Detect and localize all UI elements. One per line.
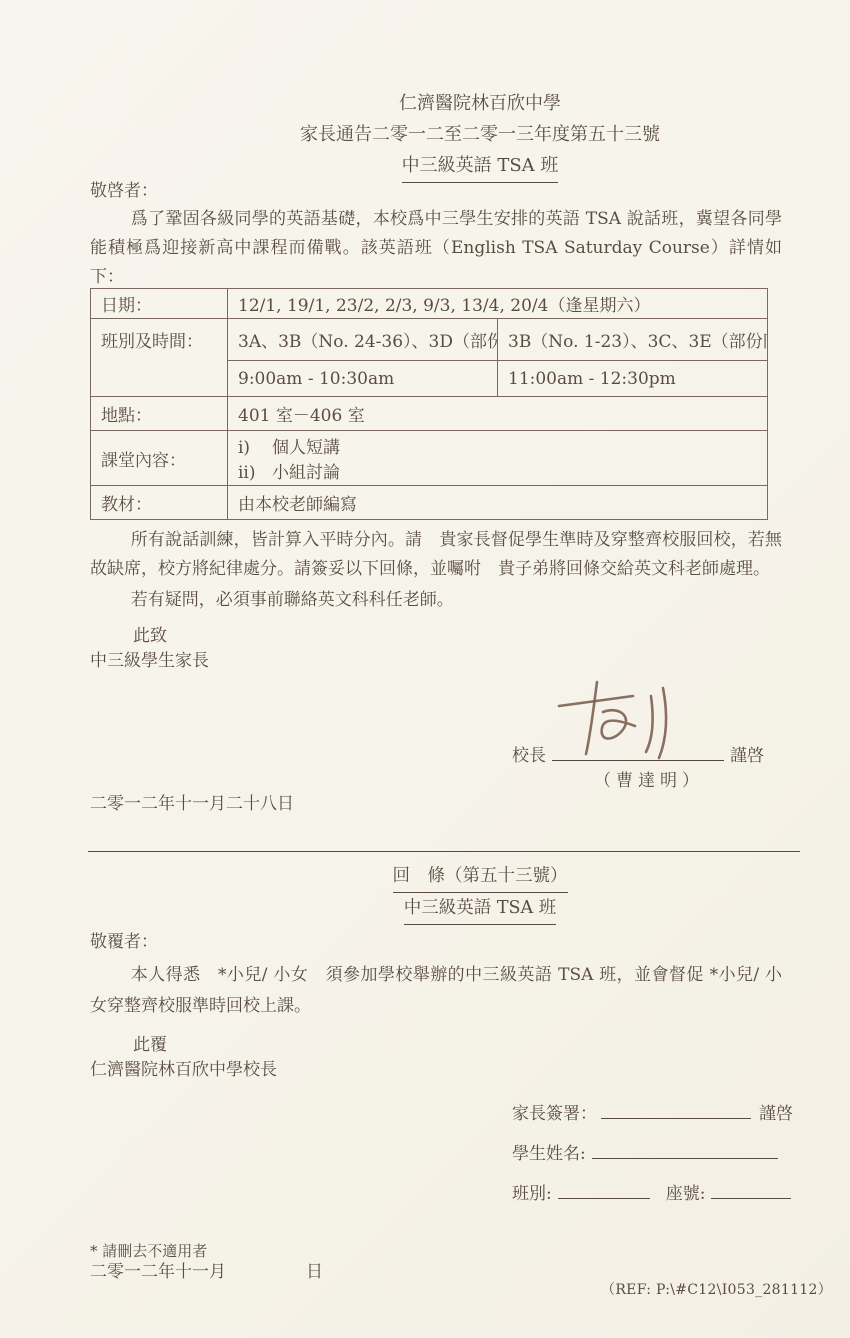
seat-no-blank [711, 1181, 791, 1199]
class-blank [558, 1181, 650, 1199]
student-name-blank [592, 1141, 778, 1159]
class-seat-row: 班別:座號: [512, 1180, 791, 1209]
reply-salutation: 敬覆者： [90, 928, 158, 957]
content-item-2: ii)小組討論 [238, 458, 757, 483]
signature-line [552, 743, 724, 761]
reply-slip-title: 回 條（第五十三號） [393, 861, 568, 893]
school-name: 仁濟醫院林百欣中學 [110, 88, 850, 119]
principal-title-label: 校長 [512, 746, 546, 766]
student-name-label: 學生姓名: [512, 1144, 586, 1164]
parent-sign-blank [601, 1101, 751, 1119]
parent-sign-label: 家長簽署： [512, 1104, 597, 1124]
material-value-cell: 由本校老師編寫 [228, 486, 768, 520]
notice-number: 家長通告二零一二至二零一三年度第五十三號 [110, 119, 850, 150]
file-reference: （REF: P:\#C12\I053_281112） [601, 1276, 832, 1305]
class-label: 班別: [512, 1184, 552, 1204]
reply-slip-head: 回 條（第五十三號） 中三級英語 TSA 班 [110, 861, 850, 925]
class-time-label-cell: 班別及時間： [91, 319, 228, 397]
scanned-parent-notice: 仁濟醫院林百欣中學 家長通告二零一二至二零一三年度第五十三號 中三級英語 TSA… [0, 0, 850, 1338]
material-label-cell: 教材： [91, 486, 228, 520]
venue-value-cell: 401 室－406 室 [228, 397, 768, 431]
group1-classes-cell: 3A、3B（No. 24-36）、3D（部份同學） [228, 319, 498, 361]
date-value-cell: 12/1, 19/1, 23/2, 2/3, 9/3, 13/4, 20/4（逢… [228, 289, 768, 319]
reply-slip-subject: 中三級英語 TSA 班 [404, 893, 556, 925]
parent-signature-row: 家長簽署：謹啓 [512, 1100, 793, 1129]
course-details-table: 日期： 12/1, 19/1, 23/2, 2/3, 9/3, 13/4, 20… [90, 288, 768, 520]
content-label-cell: 課堂內容： [91, 431, 228, 486]
group1-time-cell: 9:00am - 10:30am [228, 361, 498, 397]
signature-closing: 謹啓 [730, 746, 764, 766]
reply-date-day-suffix: 日 [306, 1262, 323, 1282]
seat-no-label: 座號: [666, 1184, 706, 1204]
tear-off-separator [88, 851, 800, 852]
venue-label-cell: 地點： [91, 397, 228, 431]
parent-sign-closing: 謹啓 [759, 1104, 793, 1124]
reply-body: 本人得悉 *小兒/ 小女 須參加學校舉辦的中三級英語 TSA 班，並會督促 *小… [90, 960, 782, 1022]
salutation: 敬啓者： [90, 177, 158, 206]
letter-head: 仁濟醫院林百欣中學 家長通告二零一二至二零一三年度第五十三號 中三級英語 TSA… [110, 88, 850, 183]
reply-date-row: 二零一二年十一月日 [90, 1258, 323, 1287]
principal-name: （曹達明） [584, 767, 714, 796]
reply-date-prefix: 二零一二年十一月 [90, 1262, 226, 1282]
intro-paragraph: 爲了鞏固各級同學的英語基礎，本校爲中三學生安排的英語 TSA 說話班，冀望各同學… [90, 205, 782, 292]
content-item-1: i)個人短講 [238, 433, 757, 458]
letter-date: 二零一二年十一月二十八日 [90, 790, 294, 819]
addressee: 中三級學生家長 [90, 647, 209, 676]
group2-classes-cell: 3B（No. 1-23）、3C、3E（部份同學） [498, 319, 768, 361]
reply-addressee: 仁濟醫院林百欣中學校長 [90, 1056, 277, 1085]
enquiry-paragraph: 若有疑問，必須事前聯絡英文科科任老師。 [90, 586, 782, 615]
date-label-cell: 日期： [91, 289, 228, 319]
content-value-cell: i)個人短講 ii)小組討論 [228, 431, 768, 486]
notice-subject: 中三級英語 TSA 班 [402, 150, 559, 183]
student-name-row: 學生姓名: [512, 1140, 778, 1169]
instruction-paragraph: 所有說話訓練，皆計算入平時分內。請 貴家長督促學生準時及穿整齊校服回校，若無故缺… [90, 526, 782, 584]
group2-time-cell: 11:00am - 12:30pm [498, 361, 768, 397]
